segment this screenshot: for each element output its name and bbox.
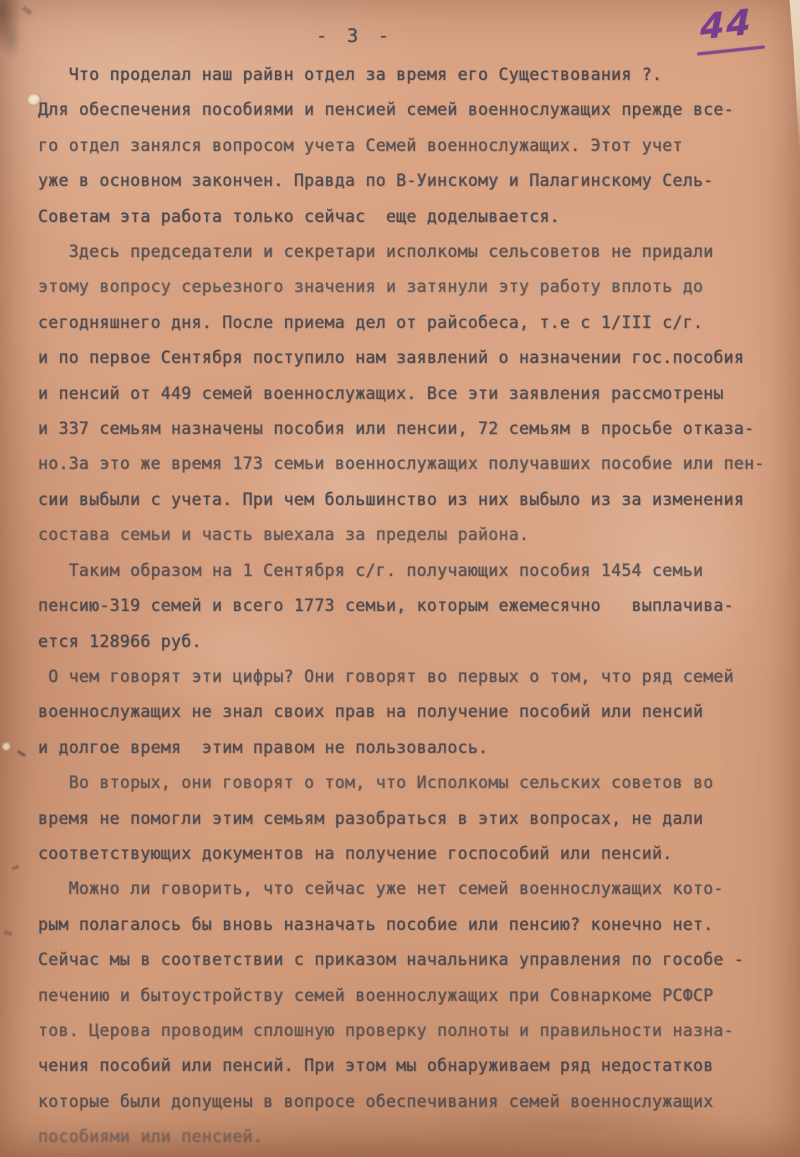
text-line: военнослужащих не знал своих прав на пол… — [38, 694, 794, 729]
paper-speck — [12, 865, 20, 870]
text-line: которые были допущены в вопросе обеспечи… — [38, 1084, 794, 1119]
typed-page-number: - 3 - — [316, 25, 393, 47]
text-line: Для обеспечения пособиями и пенсией семе… — [38, 92, 794, 127]
paper-hole — [2, 742, 11, 751]
text-line: сегодняшнего дня. После приема дел от ра… — [38, 305, 794, 340]
text-line: время не помогли этим семьям разобраться… — [38, 801, 794, 836]
text-line: Что проделал наш райвн отдел за время ег… — [38, 57, 794, 92]
scanned-paper-background: - 3 - 44 Что проделал наш райвн отдел за… — [0, 0, 800, 1157]
text-line: чения пособий или пенсий. При этом мы об… — [38, 1048, 794, 1083]
text-line: сии выбыли с учета. При чем большинство … — [38, 482, 794, 517]
text-line: го отдел занялся вопросом учета Семей во… — [38, 128, 794, 163]
text-line: ется 128966 руб. — [38, 624, 794, 659]
text-line: пособиями или пенсией. — [38, 1119, 794, 1154]
text-line: рым полагалось бы вновь назначать пособи… — [38, 907, 794, 942]
text-line: Таким образом на 1 Сентября с/г. получаю… — [38, 553, 794, 588]
text-line: уже в основном закончен. Правда по В-Уин… — [38, 163, 794, 198]
paper-speck — [17, 750, 26, 757]
text-line: соответствующих документов на получение … — [38, 836, 794, 871]
paper-speck — [22, 5, 33, 15]
document-body-text: Что проделал наш райвн отдел за время ег… — [38, 57, 794, 1155]
edge-mark — [4, 26, 22, 60]
text-line: Во вторых, они говорят о том, что Исполк… — [38, 765, 794, 800]
text-line: этому вопросу серьезного значения и затя… — [38, 269, 794, 304]
text-line: и пенсий от 449 семей военнослужащих. Вс… — [38, 376, 794, 411]
text-line: Советам эта работа только сейчас еще дод… — [38, 199, 794, 234]
text-line: тов. Церова проводим сплошную проверку п… — [38, 1013, 794, 1048]
text-line: Здесь председатели и секретари исполкомы… — [38, 234, 794, 269]
text-line: пенсию-319 семей и всего 1773 семьи, кот… — [38, 588, 794, 623]
text-line: состава семьи и часть выехала за пределы… — [38, 517, 794, 552]
text-line: но.За это же время 173 семьи военнослужа… — [38, 446, 794, 481]
text-line: и по первое Сентября поступило нам заявл… — [38, 340, 794, 375]
text-line: и долгое время этим правом не пользовало… — [38, 730, 794, 765]
text-line: Можно ли говорить, что сейчас уже нет се… — [38, 871, 794, 906]
text-line: печению и бытоустройству семей военнослу… — [38, 978, 794, 1013]
text-line: Сейчас мы в соответствии с приказом нача… — [38, 942, 794, 977]
text-line: О чем говорят эти цифры? Они говорят во … — [38, 659, 794, 694]
text-line: и 337 семьям назначены пособия или пенси… — [38, 411, 794, 446]
handwritten-page-number: 44 — [700, 0, 780, 48]
paper-speck — [4, 930, 13, 936]
